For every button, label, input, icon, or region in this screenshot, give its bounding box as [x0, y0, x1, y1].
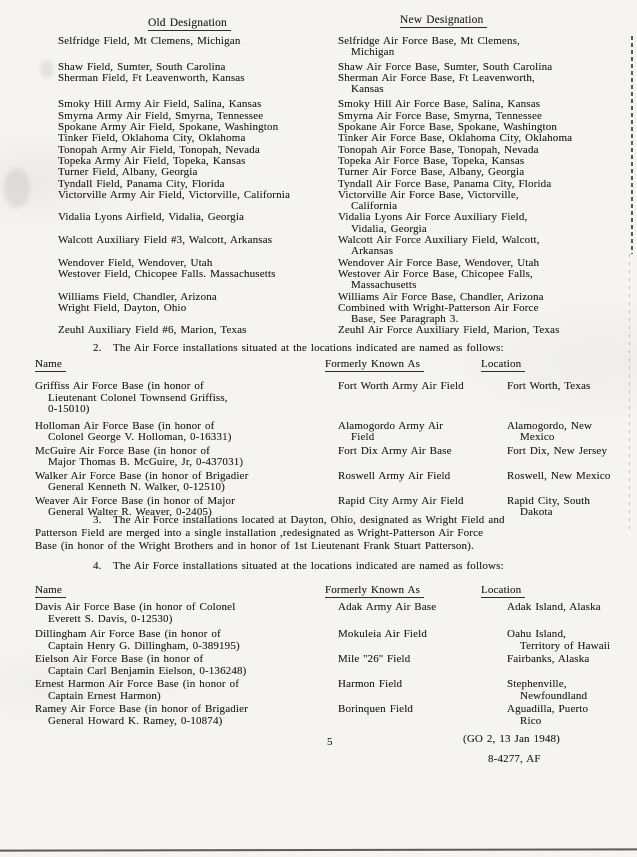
- formerly-column-header: Formerly Known As: [325, 358, 424, 372]
- name-cell: Eielson Air Force Base (in honor of Capt…: [35, 654, 338, 677]
- document-page: Old Designation New Designation Selfridg…: [0, 0, 637, 857]
- new-designation-cell: Walcott Air Force Auxiliary Field, Walco…: [338, 235, 619, 258]
- formerly-cell: Fort Dix Army Air Base: [338, 446, 507, 458]
- new-designation-cell: Turner Air Force Base, Albany, Georgia: [338, 167, 619, 178]
- name-cell: Walker Air Force Base (in honor of Briga…: [35, 471, 338, 494]
- new-designation-cell: Combined with Wright-Patterson Air Force…: [338, 303, 619, 326]
- general-order-reference: (GO 2, 13 Jan 1948): [463, 733, 560, 745]
- designation-row: Westover Field, Chicopee Falls. Massachu…: [58, 269, 619, 292]
- designation-row: Walcott Auxiliary Field #3, Walcott, Ark…: [58, 235, 619, 258]
- scan-streak-dark: [631, 36, 633, 254]
- location-cell: Aguadilla, Puerto Rico: [507, 704, 622, 727]
- formerly-cell: Harmon Field: [338, 679, 507, 691]
- page-bottom-edge: [0, 848, 637, 851]
- location-cell: Stephenville, Newfoundland: [507, 679, 622, 702]
- name-column-header: Name: [35, 358, 66, 372]
- location-cell: Fort Dix, New Jersey: [507, 446, 622, 458]
- formerly-cell: Adak Army Air Base: [338, 602, 507, 614]
- name-cell: Davis Air Force Base (in honor of Colone…: [35, 602, 338, 625]
- new-designation-cell: Zeuhl Air Force Auxiliary Field, Marion,…: [338, 325, 619, 336]
- formerly-cell: Rapid City Army Air Field: [338, 496, 507, 508]
- old-designation-cell: Westover Field, Chicopee Falls. Massachu…: [58, 269, 338, 280]
- installation-row: Holloman Air Force Base (in honor of Col…: [35, 421, 622, 444]
- formerly-cell: Mile ''26'' Field: [338, 654, 507, 666]
- formerly-cell: Roswell Army Air Field: [338, 471, 507, 483]
- formerly-cell: Borinquen Field: [338, 704, 507, 716]
- scan-streak-light: [629, 254, 630, 534]
- installation-row: Ramey Air Force Base (in honor of Brigad…: [35, 704, 622, 727]
- installation-row: Eielson Air Force Base (in honor of Capt…: [35, 654, 622, 677]
- installation-row: Ernest Harmon Air Force Base (in honor o…: [35, 679, 622, 702]
- old-designation-cell: Selfridge Field, Mt Clemens, Michigan: [58, 36, 338, 47]
- old-designation-cell: Victorville Army Air Field, Victorville,…: [58, 190, 338, 201]
- old-designation-cell: Turner Field, Albany, Georgia: [58, 167, 338, 178]
- location-column-header: Location: [481, 584, 525, 598]
- designation-list: Selfridge Field, Mt Clemens, MichiganSel…: [58, 36, 619, 337]
- new-designation-cell: Vidalia Lyons Air Force Auxiliary Field,…: [338, 212, 619, 235]
- location-cell: Alamogordo, New Mexico: [507, 421, 622, 444]
- formerly-cell: Fort Worth Army Air Field: [338, 381, 507, 393]
- designation-row: Vidalia Lyons Airfield, Vidalia, Georgia…: [58, 212, 619, 235]
- paragraph-2: 2. The Air Force installations situated …: [35, 342, 617, 355]
- scan-smudge: [4, 168, 30, 208]
- old-designation-cell: Walcott Auxiliary Field #3, Walcott, Ark…: [58, 235, 338, 246]
- table-2-headers: Name Formerly Known As Location: [35, 358, 610, 372]
- new-designation-cell: Victorville Air Force Base, Victorville,…: [338, 190, 619, 213]
- designation-row: Sherman Field, Ft Leavenworth, KansasShe…: [58, 73, 619, 96]
- scan-smudge: [40, 60, 54, 78]
- location-cell: Fairbanks, Alaska: [507, 654, 622, 666]
- paragraph-4: 4. The Air Force installations situated …: [35, 560, 617, 573]
- location-column-header: Location: [481, 358, 525, 372]
- location-cell: Oahu Island, Territory of Hawaii: [507, 629, 622, 652]
- name-cell: Ramey Air Force Base (in honor of Brigad…: [35, 704, 338, 727]
- designation-row: Selfridge Field, Mt Clemens, MichiganSel…: [58, 36, 619, 59]
- new-designation-cell: Tinker Air Force Base, Oklahoma City, Ok…: [338, 133, 619, 144]
- location-cell: Fort Worth, Texas: [507, 381, 622, 393]
- installation-row: Dillingham Air Force Base (in honor of C…: [35, 629, 622, 652]
- designation-row: Victorville Army Air Field, Victorville,…: [58, 190, 619, 213]
- old-designation-cell: Wright Field, Dayton, Ohio: [58, 303, 338, 314]
- new-designation-cell: Selfridge Air Force Base, Mt Clemens, Mi…: [338, 36, 619, 59]
- designation-row: Wright Field, Dayton, OhioCombined with …: [58, 303, 619, 326]
- location-cell: Adak Island, Alaska: [507, 602, 622, 614]
- document-code: 8-4277, AF: [488, 753, 541, 765]
- name-column-header: Name: [35, 584, 66, 598]
- old-designation-cell: Vidalia Lyons Airfield, Vidalia, Georgia: [58, 212, 338, 223]
- new-designation-header: New Designation: [400, 14, 487, 28]
- designation-row: Zeuhl Auxiliary Field #6, Marion, TexasZ…: [58, 325, 619, 336]
- name-cell: Holloman Air Force Base (in honor of Col…: [35, 421, 338, 444]
- installation-row: Walker Air Force Base (in honor of Briga…: [35, 471, 622, 494]
- installation-row: Davis Air Force Base (in honor of Colone…: [35, 602, 622, 625]
- name-cell: Dillingham Air Force Base (in honor of C…: [35, 629, 338, 652]
- location-cell: Roswell, New Mexico: [507, 471, 622, 483]
- new-designation-cell: Sherman Air Force Base, Ft Leavenworth, …: [338, 73, 619, 96]
- old-designation-cell: Zeuhl Auxiliary Field #6, Marion, Texas: [58, 325, 338, 336]
- designation-row: Tinker Field, Oklahoma City, OklahomaTin…: [58, 133, 619, 144]
- old-designation-cell: Tinker Field, Oklahoma City, Oklahoma: [58, 133, 338, 144]
- formerly-column-header: Formerly Known As: [325, 584, 424, 598]
- page-number: 5: [327, 736, 333, 748]
- installation-row: McGuire Air Force Base (in honor of Majo…: [35, 446, 622, 469]
- name-cell: Ernest Harmon Air Force Base (in honor o…: [35, 679, 338, 702]
- installation-row: Griffiss Air Force Base (in honor of Lie…: [35, 381, 622, 416]
- designation-row: Turner Field, Albany, GeorgiaTurner Air …: [58, 167, 619, 178]
- new-designation-cell: Westover Air Force Base, Chicopee Falls,…: [338, 269, 619, 292]
- formerly-cell: Mokuleia Air Field: [338, 629, 507, 641]
- table-4: Davis Air Force Base (in honor of Colone…: [35, 602, 622, 727]
- paragraph-3: 3. The Air Force installations located a…: [35, 514, 617, 553]
- name-cell: McGuire Air Force Base (in honor of Majo…: [35, 446, 338, 469]
- formerly-cell: Alamogordo Army Air Field: [338, 421, 507, 444]
- name-cell: Griffiss Air Force Base (in honor of Lie…: [35, 381, 338, 416]
- table-2: Griffiss Air Force Base (in honor of Lie…: [35, 381, 622, 519]
- table-4-headers: Name Formerly Known As Location: [35, 584, 610, 598]
- old-designation-cell: Sherman Field, Ft Leavenworth, Kansas: [58, 73, 338, 84]
- old-designation-header: Old Designation: [148, 17, 231, 31]
